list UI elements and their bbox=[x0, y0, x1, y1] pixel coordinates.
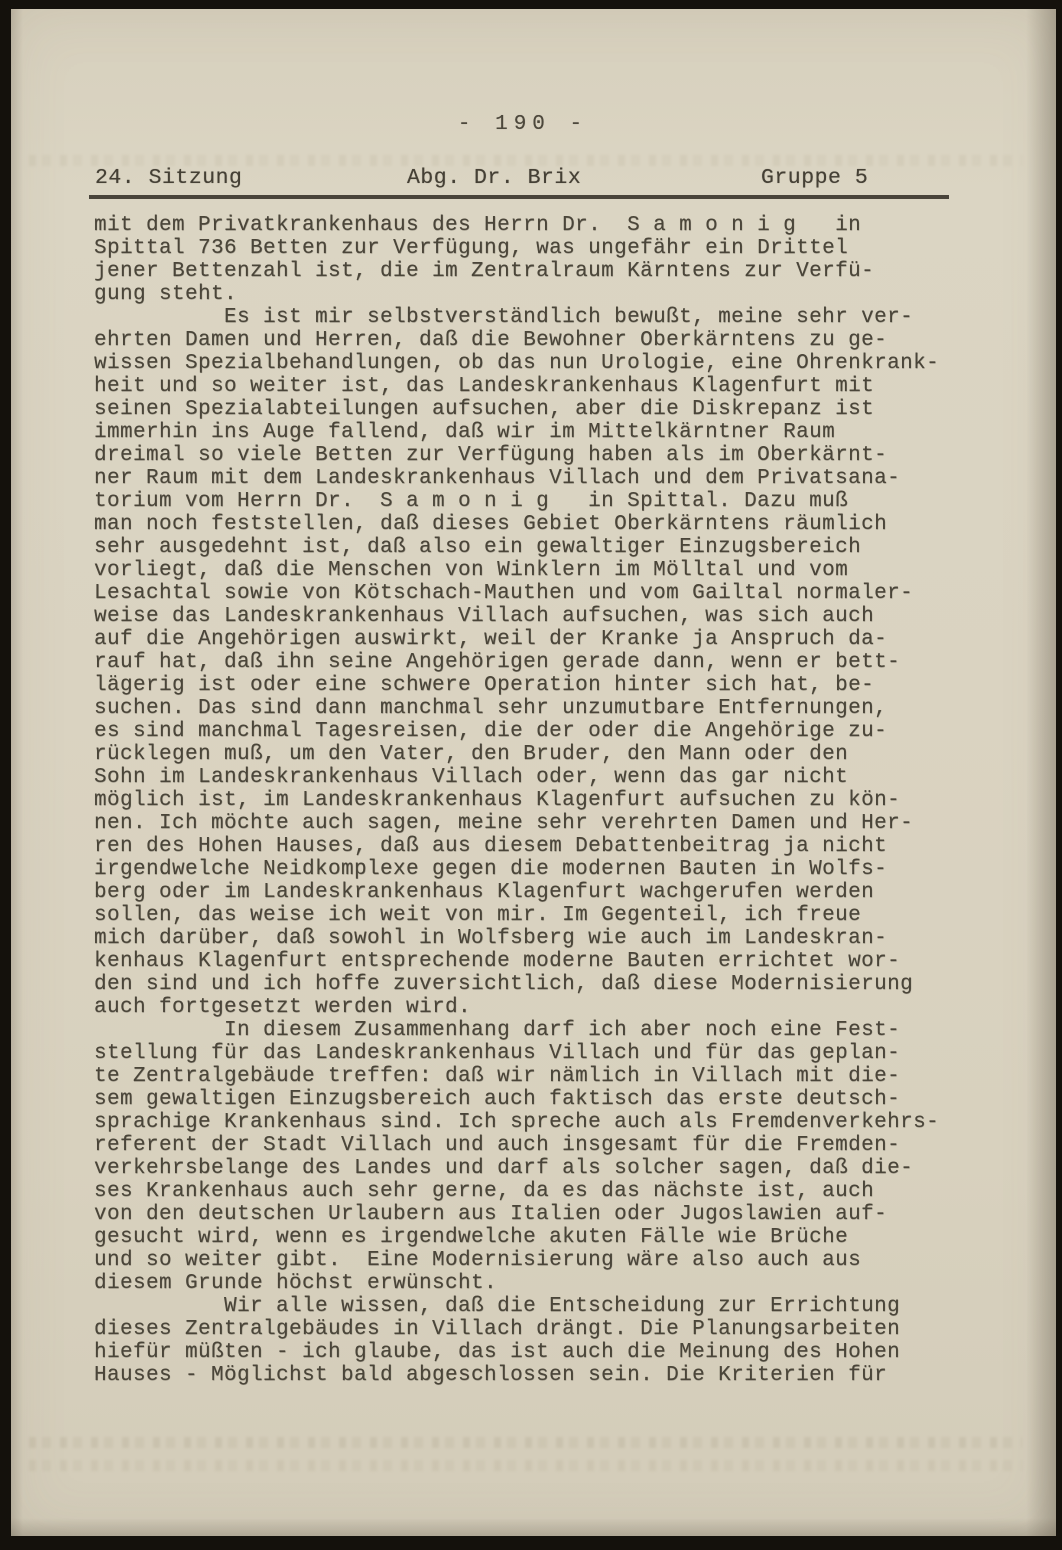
text-line: mich darüber, daß sowohl in Wolfsberg wi… bbox=[94, 927, 952, 950]
paragraph: mit dem Privatkrankenhaus des Herrn Dr. … bbox=[94, 214, 952, 306]
body-text: mit dem Privatkrankenhaus des Herrn Dr. … bbox=[94, 214, 952, 1387]
text-line: immerhin ins Auge fallend, daß wir im Mi… bbox=[94, 421, 952, 444]
text-line: Es ist mir selbstverständlich bewußt, me… bbox=[94, 306, 952, 329]
text-line: stellung für das Landeskrankenhaus Villa… bbox=[94, 1042, 952, 1065]
scan-shadow-left bbox=[11, 9, 23, 1536]
text-line: man noch feststellen, daß dieses Gebiet … bbox=[94, 513, 952, 536]
text-line: jener Bettenzahl ist, die im Zentralraum… bbox=[94, 260, 952, 283]
text-line: mit dem Privatkrankenhaus des Herrn Dr. … bbox=[94, 214, 952, 237]
text-line: berg oder im Landeskrankenhaus Klagenfur… bbox=[94, 881, 952, 904]
text-line: In diesem Zusammenhang darf ich aber noc… bbox=[94, 1019, 952, 1042]
text-line: sprachige Krankenhaus sind. Ich spreche … bbox=[94, 1111, 952, 1134]
text-line: torium vom Herrn Dr. S a m o n i g in Sp… bbox=[94, 490, 952, 513]
text-line: dieses Zentralgebäudes in Villach drängt… bbox=[94, 1318, 952, 1341]
text-line: ren des Hohen Hauses, daß aus diesem Deb… bbox=[94, 835, 952, 858]
paragraph: Wir alle wissen, daß die Entscheidung zu… bbox=[94, 1295, 952, 1387]
group-label: Gruppe 5 bbox=[761, 166, 868, 190]
speaker-name-label: Abg. Dr. Brix bbox=[407, 166, 581, 190]
text-line: Lesachtal sowie von Kötschach-Mauthen un… bbox=[94, 582, 952, 605]
page-number: - 190 - bbox=[94, 113, 952, 137]
text-line: Spittal 736 Betten zur Verfügung, was un… bbox=[94, 237, 952, 260]
text-line: und so weiter gibt. Eine Modernisierung … bbox=[94, 1249, 952, 1272]
text-line: ehrten Damen und Herren, daß die Bewohne… bbox=[94, 329, 952, 352]
paragraph: In diesem Zusammenhang darf ich aber noc… bbox=[94, 1019, 952, 1295]
text-line: nen. Ich möchte auch sagen, meine sehr v… bbox=[94, 812, 952, 835]
text-line: dreimal so viele Betten zur Verfügung ha… bbox=[94, 444, 952, 467]
text-line: te Zentralgebäude treffen: daß wir nämli… bbox=[94, 1065, 952, 1088]
text-line: lägerig ist oder eine schwere Operation … bbox=[94, 674, 952, 697]
text-line: hiefür müßten - ich glaube, das ist auch… bbox=[94, 1341, 952, 1364]
text-line: den sind und ich hoffe zuversichtlich, d… bbox=[94, 973, 952, 996]
text-line: gesucht wird, wenn es irgendwelche akute… bbox=[94, 1226, 952, 1249]
session-header: 24. Sitzung Abg. Dr. Brix Gruppe 5 bbox=[89, 164, 949, 199]
text-line: weise das Landeskrankenhaus Villach aufs… bbox=[94, 605, 952, 628]
text-line: vorliegt, daß die Menschen von Winklern … bbox=[94, 559, 952, 582]
text-line: auch fortgesetzt werden wird. bbox=[94, 996, 952, 1019]
text-line: sehr ausgedehnt ist, daß also ein gewalt… bbox=[94, 536, 952, 559]
text-line: sem gewaltigen Einzugsbereich auch fakti… bbox=[94, 1088, 952, 1111]
text-line: verkehrsbelange des Landes und darf als … bbox=[94, 1157, 952, 1180]
text-line: ner Raum mit dem Landeskrankenhaus Villa… bbox=[94, 467, 952, 490]
text-line: gung steht. bbox=[94, 283, 952, 306]
text-line: diesem Grunde höchst erwünscht. bbox=[94, 1272, 952, 1295]
text-line: seinen Spezialabteilungen aufsuchen, abe… bbox=[94, 398, 952, 421]
page-content: - 190 - 24. Sitzung Abg. Dr. Brix Gruppe… bbox=[94, 9, 952, 1387]
text-line: referent der Stadt Villach und auch insg… bbox=[94, 1134, 952, 1157]
text-line: rauf hat, daß ihn seine Angehörigen gera… bbox=[94, 651, 952, 674]
scan-shadow-right bbox=[1026, 9, 1056, 1536]
text-line: Sohn im Landeskrankenhaus Villach oder, … bbox=[94, 766, 952, 789]
text-line: Wir alle wissen, daß die Entscheidung zu… bbox=[94, 1295, 952, 1318]
session-number-label: 24. Sitzung bbox=[95, 166, 242, 190]
text-line: heit und so weiter ist, das Landeskranke… bbox=[94, 375, 952, 398]
text-line: auf die Angehörigen auswirkt, weil der K… bbox=[94, 628, 952, 651]
text-line: ses Krankenhaus auch sehr gerne, da es d… bbox=[94, 1180, 952, 1203]
text-line: rücklegen muß, um den Vater, den Bruder,… bbox=[94, 743, 952, 766]
text-line: möglich ist, im Landeskrankenhaus Klagen… bbox=[94, 789, 952, 812]
scan-shadow-bottom bbox=[11, 1518, 1056, 1536]
text-line: Hauses - Möglichst bald abgeschlossen se… bbox=[94, 1364, 952, 1387]
bleed-through-artifact bbox=[29, 1460, 1022, 1471]
text-line: irgendwelche Neidkomplexe gegen die mode… bbox=[94, 858, 952, 881]
bleed-through-artifact bbox=[29, 1437, 1022, 1448]
text-line: kenhaus Klagenfurt entsprechende moderne… bbox=[94, 950, 952, 973]
text-line: wissen Spezialbehandlungen, ob das nun U… bbox=[94, 352, 952, 375]
text-line: von den deutschen Urlaubern aus Italien … bbox=[94, 1203, 952, 1226]
paragraph: Es ist mir selbstverständlich bewußt, me… bbox=[94, 306, 952, 1019]
text-line: es sind manchmal Tagesreisen, die der od… bbox=[94, 720, 952, 743]
scanned-document-page: { "colors": { "paper": "#d9d3c1", "ink":… bbox=[0, 0, 1062, 1550]
text-line: suchen. Das sind dann manchmal sehr unzu… bbox=[94, 697, 952, 720]
text-line: sollen, das weise ich weit von mir. Im G… bbox=[94, 904, 952, 927]
paper-sheet: - 190 - 24. Sitzung Abg. Dr. Brix Gruppe… bbox=[11, 9, 1056, 1536]
